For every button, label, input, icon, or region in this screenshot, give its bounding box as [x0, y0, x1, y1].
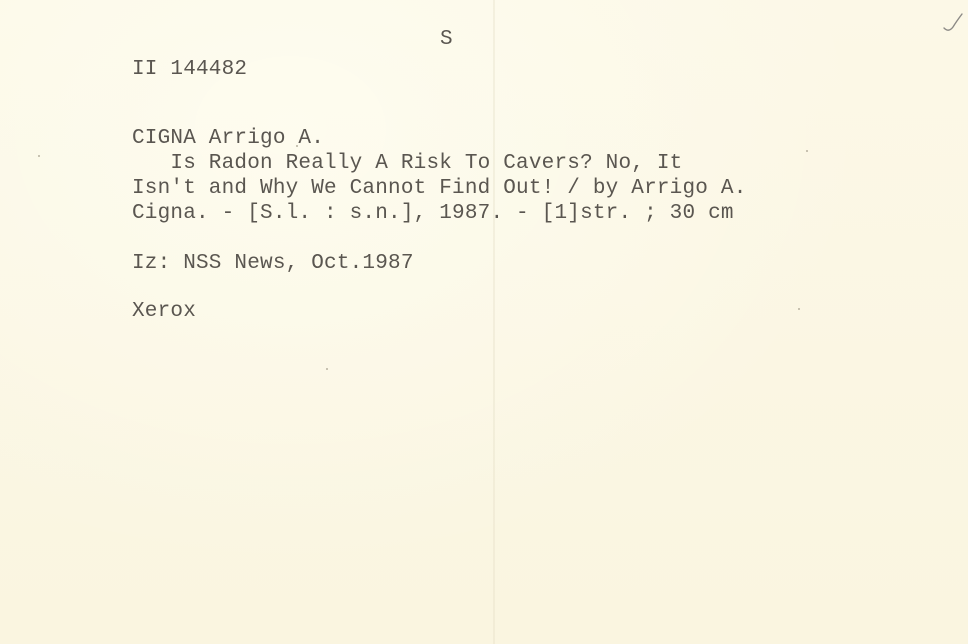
paper-speck [326, 368, 328, 370]
paper-speck [798, 308, 800, 310]
card-fold-line [493, 0, 495, 644]
title-line-2: Isn't and Why We Cannot Find Out! / by A… [132, 177, 747, 201]
paper-speck [296, 145, 298, 147]
author-heading: CIGNA Arrigo A. [132, 127, 324, 151]
call-number: II 144482 [132, 58, 247, 82]
title-line-1: Is Radon Really A Risk To Cavers? No, It [132, 152, 683, 176]
check-mark-icon [942, 12, 964, 34]
catalog-card: S II 144482 CIGNA Arrigo A. Is Radon Rea… [0, 0, 968, 644]
section-letter: S [440, 28, 453, 52]
paper-speck [806, 150, 808, 152]
source-note: Iz: NSS News, Oct.1987 [132, 252, 414, 276]
title-line-3: Cigna. - [S.l. : s.n.], 1987. - [1]str. … [132, 202, 734, 226]
format-note: Xerox [132, 300, 196, 324]
paper-speck [38, 155, 40, 157]
